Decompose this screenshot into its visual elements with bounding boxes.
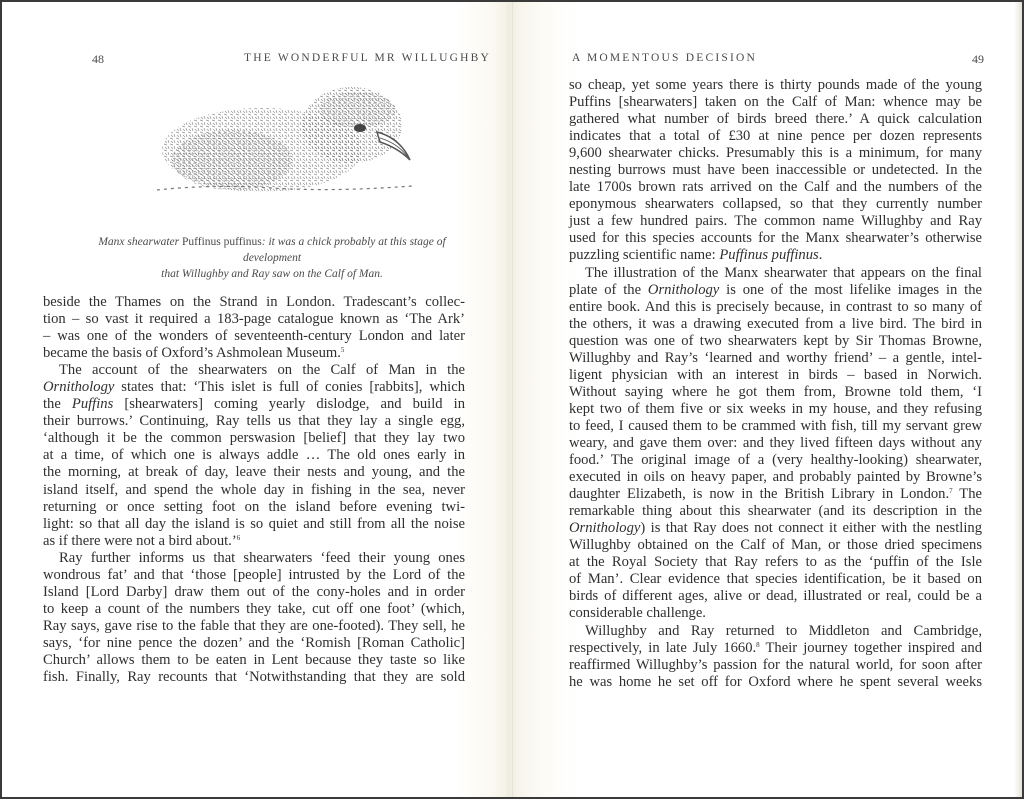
footnote-ref[interactable]: 8 — [756, 641, 760, 649]
text-line: used for this species accounts for the M… — [569, 230, 982, 247]
text-line: as if there were not a bird about.’6 — [43, 533, 465, 550]
text-line: Ray says, gave rise to the fable that th… — [43, 618, 465, 635]
running-head-right: A MOMENTOUS DECISION — [572, 52, 757, 64]
page-edge — [1014, 2, 1022, 797]
text-line: returning or once setting foot on the is… — [43, 499, 465, 516]
text-line: Willughby and Ray’s ‘learned and worthy … — [569, 350, 982, 367]
text-line: plate of the Ornithology is one of the m… — [569, 282, 982, 299]
left-page: 48 THE WONDERFUL MR WILLUGHBY Manx shear… — [2, 2, 507, 797]
footnote-ref[interactable]: 6 — [237, 534, 241, 542]
text-line: light: so that all day the island is so … — [43, 516, 465, 533]
text-line: fish. Finally, Ray recounts that ‘Notwit… — [43, 669, 465, 686]
caption-species: Puffinus puffinus — [182, 236, 262, 248]
text-line: tion – so vast it required a 183-page ca… — [43, 311, 465, 328]
text-line: Puffins [shearwaters] taken on the Calf … — [569, 94, 982, 111]
shearwater-chick-illustration-icon — [152, 80, 422, 200]
text-line: Ray further informs us that shearwaters … — [43, 550, 465, 567]
running-head-left: THE WONDERFUL MR WILLUGHBY — [244, 52, 491, 64]
text-line: late 1700s brown rats arrived on the Cal… — [569, 179, 982, 196]
text-line: respectively, in late July 1660.8 Their … — [569, 640, 982, 657]
text-line: considerable challenge. — [569, 605, 982, 622]
figure-caption: Manx shearwater Puffinus puffinus: it wa… — [72, 234, 472, 282]
caption-text: Manx shearwater — [98, 236, 182, 248]
text-line: the morning, at break of day, leave thei… — [43, 464, 465, 481]
caption-text: : it was a chick probably at this stage … — [243, 236, 446, 264]
text-line: The account of the shearwaters on the Ca… — [43, 362, 465, 379]
page-number-right: 49 — [972, 52, 984, 67]
right-page: A MOMENTOUS DECISION 49 so cheap, yet so… — [507, 2, 1022, 797]
text-line: Without saying where he got them from, B… — [569, 384, 982, 401]
body-text-right: so cheap, yet some years there is thirty… — [569, 77, 982, 691]
text-line: question was one of two shearwaters kept… — [569, 333, 982, 350]
text-line: weary, and gave them over: and they live… — [569, 435, 982, 452]
text-line: ‘although it be the common perswasion [b… — [43, 430, 465, 447]
text-line: at the Royal Society that Ray refers to … — [569, 554, 982, 571]
text-line: Ornithology) is that Ray does not connec… — [569, 520, 982, 537]
text-line: wondrous fat’ and that ‘those [people] i… — [43, 567, 465, 584]
text-line: food.’ The original image of a (very hea… — [569, 452, 982, 469]
text-line: Willughby obtained on the Calf of Man, o… — [569, 537, 982, 554]
text-line: birds of different ages, alive or dead, … — [569, 588, 982, 605]
text-line: so cheap, yet some years there is thirty… — [569, 77, 982, 94]
text-line: the others, it was a drawing executed fr… — [569, 316, 982, 333]
footnote-ref[interactable]: 5 — [341, 346, 345, 354]
body-text-left: beside the Thames on the Strand in Londo… — [43, 294, 465, 686]
text-line: their burrows.’ Continuing, Ray tells us… — [43, 413, 465, 430]
text-line: of Man’. Clear evidence that species ide… — [569, 571, 982, 588]
text-line: The illustration of the Manx shearwater … — [569, 265, 982, 282]
book-gutter — [512, 2, 513, 797]
text-line: Island [Lord Darby] draw them out of the… — [43, 584, 465, 601]
text-line: kept two of them five or six weeks in my… — [569, 401, 982, 418]
text-line: to keep a count of the numbers they take… — [43, 601, 465, 618]
text-line: entire book. And this is precisely becau… — [569, 299, 982, 316]
text-line: Willughby and Ray returned to Middleton … — [569, 623, 982, 640]
text-line: island itself, and spend the whole day i… — [43, 482, 465, 499]
text-line: beside the Thames on the Strand in Londo… — [43, 294, 465, 311]
page-number-left: 48 — [92, 52, 104, 67]
text-line: reaffirmed Willughby’s passion for the n… — [569, 657, 982, 674]
text-line: nesting burrows must have been inaccessi… — [569, 162, 982, 179]
text-line: became the basis of Oxford’s Ashmolean M… — [43, 345, 465, 362]
book-spread: 48 THE WONDERFUL MR WILLUGHBY Manx shear… — [0, 0, 1024, 799]
text-line: ligent physician with an interest in bir… — [569, 367, 982, 384]
text-line: puzzling scientific name: Puffinus puffi… — [569, 247, 982, 264]
caption-text: that Willughby and Ray saw on the Calf o… — [161, 268, 383, 280]
text-line: daughter Elizabeth, is now in the Britis… — [569, 486, 982, 503]
text-line: gathered what number of birds breed ther… — [569, 111, 982, 128]
text-line: at a time, of which one is always addle … — [43, 447, 465, 464]
footnote-ref[interactable]: 7 — [949, 487, 953, 495]
text-line: Ornithology states that: ‘This islet is … — [43, 379, 465, 396]
text-line: 9,600 shearwater chicks. Presumably this… — [569, 145, 982, 162]
text-line: – was one of the wonders of seventeenth-… — [43, 328, 465, 345]
text-line: remarkable thing about this shearwater (… — [569, 503, 982, 520]
text-line: says, ‘for nine pence the dozen’ and the… — [43, 635, 465, 652]
text-line: indicates that a total of £30 at nine pe… — [569, 128, 982, 145]
text-line: Church’ allows them to be eaten in Lent … — [43, 652, 465, 669]
text-line: executed in oils on heavy paper, and pro… — [569, 469, 982, 486]
text-line: eponymous shearwaters collapsed, so that… — [569, 196, 982, 213]
text-line: he was home he set off for Oxford where … — [569, 674, 982, 691]
text-line: the Puffins [shearwaters] coming yearly … — [43, 396, 465, 413]
text-line: to feed, I caused them to be crammed wit… — [569, 418, 982, 435]
text-line: just a few hundred pairs. The common nam… — [569, 213, 982, 230]
